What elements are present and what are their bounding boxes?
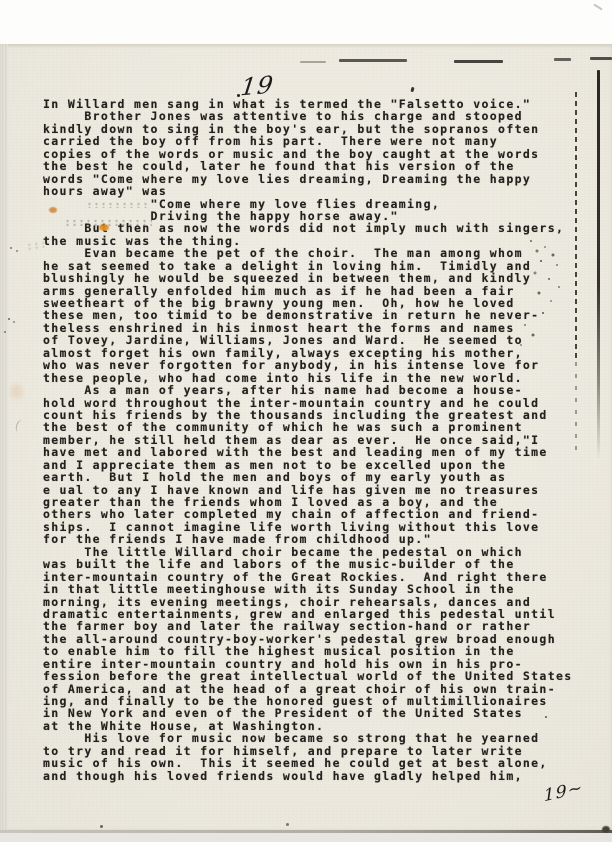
bottom-edge-blob [602,826,610,833]
document-page: 19 In Willard men sang in what is termed… [0,44,612,830]
top-edge-artifact [454,60,503,63]
pencil-curve-mark [14,419,27,434]
scan-bottom-strip [0,833,612,842]
text-line: blushingly he would be squeezed in betwe… [43,272,588,284]
text-line: the best of the community of which he wa… [43,421,588,433]
orange-stain [49,207,57,213]
handwritten-page-number-bottom: 19~ [543,778,583,806]
text-line: the farmer boy and later the railway sec… [43,620,588,632]
text-line: As a man of years, after his name had be… [43,384,588,396]
top-edge-artifact [300,61,326,63]
ink-speck [410,87,414,93]
text-line: others who later completed my chain of a… [43,508,588,520]
text-line: fession before the great intellectual wo… [43,670,588,682]
faint-stain [10,384,23,399]
text-line: carried the boy off from his part. There… [43,135,588,147]
text-line: the best he could, later he found that h… [43,160,588,172]
top-edge-artifact [590,57,612,60]
text-line: these men, too timid to be demonstrative… [43,309,588,321]
scan-background: 19 In Willard men sang in what is termed… [0,0,612,842]
text-line: music of his own. This it seemed he coul… [43,757,588,769]
ink-speck [545,716,547,718]
text-line: hours away" was [43,185,588,197]
erasure-smudge [64,219,152,226]
text-line: who was never forgotten for anybody, in … [43,359,588,371]
typewritten-text-block: In Willard men sang in what is termed th… [43,98,588,782]
text-line: earth. But I hold the men and boys of my… [43,471,588,483]
speckle-cluster [10,247,12,249]
text-line: of Tovey, Jardine, Williams, Jones and W… [43,334,588,346]
text-line: to enable him to fill the highest musica… [43,645,588,657]
erasure-smudge [26,241,45,251]
scan-line-artifact [597,70,600,460]
text-line: was built the life and labors of the mus… [43,558,588,570]
page-left-edge-texture [0,44,8,830]
text-line: His love for music now became so strong … [43,732,588,744]
text-line: in New York and even of the President of… [43,707,588,719]
scan-dashed-line-artifact [575,92,577,362]
top-edge-artifact [339,59,407,62]
top-edge-artifact [554,58,571,61]
text-line: Brother Jones was attentive to his charg… [43,110,588,122]
speckle-cluster [530,240,532,242]
text-line: Evan became the pet of the choir. The ma… [43,247,588,259]
scan-dashed-line-artifact [575,362,577,450]
text-line: and though his loved friends would have … [43,770,588,782]
text-line: in that little meetinghouse with its Sun… [43,583,588,595]
text-line: have met and labored with the best and l… [43,446,588,458]
text-line: for the friends I have made from childho… [43,533,588,545]
ink-speck [286,823,289,826]
ink-speck [100,825,103,828]
erasure-smudge [86,202,148,208]
scan-corner-mark [593,4,603,11]
